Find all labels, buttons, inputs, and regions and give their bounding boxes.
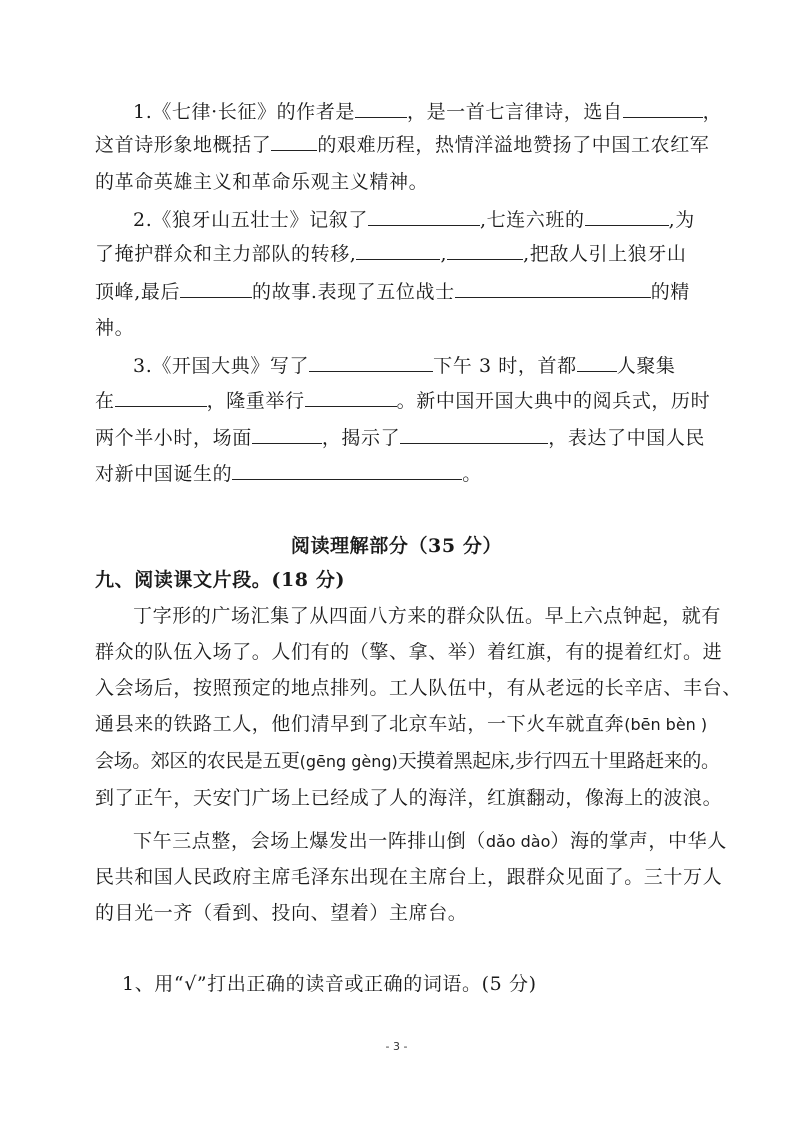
q2-line-2: 了掩护群众和主力部队的转移,,,把敌人引上狼牙山 xyxy=(95,242,720,266)
q3-blank-4[interactable] xyxy=(305,389,397,407)
q3-line1-suffix: 人聚集 xyxy=(617,355,676,377)
passage-p1-line-2: 群众的队伍入场了。人们有的（擎、拿、举）着红旗，有的提着红灯。进 xyxy=(95,640,720,664)
sub-question-1: 1、用“√”打出正确的读音或正确的词语。(5 分) xyxy=(122,972,747,996)
q2-line1-suffix: ,为 xyxy=(669,209,695,231)
q3-line-1: 3.《开国大典》写了下午 3 时，首都人聚集 xyxy=(133,354,723,378)
q2-line2-suffix: ,把敌人引上狼牙山 xyxy=(523,243,686,265)
passage-p1-line-5: 会场。郊区的农民是五更(gēng gèng)天摸着黑起床,步行四五十里路赶来的。 xyxy=(95,749,720,774)
pinyin-choice-geng[interactable]: (gēng gèng) xyxy=(300,752,398,771)
exam-page: 1.《七律·长征》的作者是，是一首七言律诗，选自， 这首诗形象地概括了的艰难历程… xyxy=(0,0,793,1122)
passage-p2-line-1: 下午三点整，会场上爆发出一阵排山倒（dǎo dào）海的掌声，中华人 xyxy=(133,829,723,854)
q3-blank-1[interactable] xyxy=(309,354,433,372)
q3-blank-7[interactable] xyxy=(232,462,462,480)
q1-line-2: 这首诗形象地概括了的艰难历程，热情洋溢地赞扬了中国工农红军 xyxy=(95,133,720,157)
q2-blank-5[interactable] xyxy=(180,280,252,298)
pinyin-choice-dao[interactable]: dǎo dào xyxy=(486,832,551,851)
pinyin-choice-ben[interactable]: (bēn bèn ) xyxy=(624,715,707,734)
passage-p1-line5-prefix: 会场。郊区的农民是五更 xyxy=(95,750,300,772)
q3-blank-5[interactable] xyxy=(252,426,322,444)
q1-line-3: 的革命英雄主义和革命乐观主义精神。 xyxy=(95,170,720,194)
passage-p1-line-1: 丁字形的广场汇集了从四面八方来的群众队伍。早上六点钟起，就有 xyxy=(133,604,723,628)
passage-p1-line4-text: 通县来的铁路工人，他们清早到了北京车站，一下火车就直奔 xyxy=(95,713,624,735)
passage-p1-line-4: 通县来的铁路工人，他们清早到了北京车站，一下火车就直奔(bēn bèn ) xyxy=(95,712,720,737)
q2-blank-3[interactable] xyxy=(356,242,440,260)
q2-line2-mid: , xyxy=(440,243,447,265)
q1-line2-suffix: 的艰难历程，热情洋溢地赞扬了中国工农红军 xyxy=(317,134,709,156)
q1-text-prefix: 1.《七律·长征》的作者是 xyxy=(133,101,355,123)
q2-blank-4[interactable] xyxy=(447,242,523,260)
passage-p1-line-6: 到了正午，天安门广场上已经成了人的海洋，红旗翻动，像海上的波浪。 xyxy=(95,786,720,810)
page-number: - 3 - xyxy=(0,1040,793,1053)
section-title: 阅读理解部分（35 分） xyxy=(0,534,793,558)
q2-line1-prefix: 2.《狼牙山五壮士》记叙了 xyxy=(133,209,368,231)
q3-line-4: 对新中国诞生的。 xyxy=(95,462,720,486)
q3-line2-mid: ，隆重举行 xyxy=(207,390,305,412)
q3-line1-mid: 下午 3 时，首都 xyxy=(433,355,577,377)
part-heading: 九、阅读课文片段。(18 分) xyxy=(95,568,720,592)
q1-text-mid: ，是一首七言律诗，选自 xyxy=(407,101,623,123)
q1-blank-journey[interactable] xyxy=(271,133,317,151)
passage-p2-line-2: 民共和国人民政府主席毛泽东出现在主席台上，跟群众见面了。三十万人 xyxy=(95,865,720,889)
q2-line-3: 顶峰,最后的故事.表现了五位战士的精 xyxy=(95,280,720,304)
q3-line4-prefix: 对新中国诞生的 xyxy=(95,463,232,485)
q2-line3-prefix: 顶峰,最后 xyxy=(95,281,180,303)
q2-blank-6[interactable] xyxy=(455,280,651,298)
q1-blank-author[interactable] xyxy=(355,100,407,118)
q3-blank-6[interactable] xyxy=(400,426,548,444)
q3-line2-suffix: 。新中国开国大典中的阅兵式，历时 xyxy=(397,390,711,412)
q3-line3-prefix: 两个半小时，场面 xyxy=(95,427,252,449)
q3-line3-mid: ，揭示了 xyxy=(322,427,400,449)
passage-p2-line1-prefix: 下午三点整，会场上爆发出一阵排山倒（ xyxy=(133,830,486,852)
q3-line3-suffix: ，表达了中国人民 xyxy=(548,427,705,449)
q2-line3-mid: 的故事.表现了五位战士 xyxy=(252,281,455,303)
q1-text-suffix: ， xyxy=(703,101,723,123)
q2-line1-mid: ,七连六班的 xyxy=(480,209,585,231)
q3-line-2: 在，隆重举行。新中国开国大典中的阅兵式，历时 xyxy=(95,389,720,413)
passage-p2-line1-suffix: ）海的掌声，中华人 xyxy=(550,830,726,852)
q3-blank-3[interactable] xyxy=(115,389,207,407)
q3-line1-prefix: 3.《开国大典》写了 xyxy=(133,355,309,377)
q2-blank-1[interactable] xyxy=(368,208,480,226)
passage-p2-line-3: 的目光一齐（看到、投向、望着）主席台。 xyxy=(95,901,720,925)
q3-line-3: 两个半小时，场面，揭示了，表达了中国人民 xyxy=(95,426,720,450)
q1-line-1: 1.《七律·长征》的作者是，是一首七言律诗，选自， xyxy=(133,100,723,124)
q2-line-4: 神。 xyxy=(95,316,720,340)
q1-blank-source[interactable] xyxy=(623,100,703,118)
passage-p1-line-3: 入会场后，按照预定的地点排列。工人队伍中，有从老远的长辛店、丰台、 xyxy=(95,676,720,700)
q2-line3-suffix: 的精 xyxy=(651,281,690,303)
q2-line-1: 2.《狼牙山五壮士》记叙了,七连六班的,为 xyxy=(133,208,723,232)
q2-line2-prefix: 了掩护群众和主力部队的转移, xyxy=(95,243,356,265)
q3-blank-2[interactable] xyxy=(577,354,617,372)
passage-p1-line5-suffix: 天摸着黑起床,步行四五十里路赶来的。 xyxy=(398,750,720,772)
q1-line2-prefix: 这首诗形象地概括了 xyxy=(95,134,271,156)
q3-line4-suffix: 。 xyxy=(462,463,482,485)
q3-line2-prefix: 在 xyxy=(95,390,115,412)
q2-blank-2[interactable] xyxy=(585,208,669,226)
